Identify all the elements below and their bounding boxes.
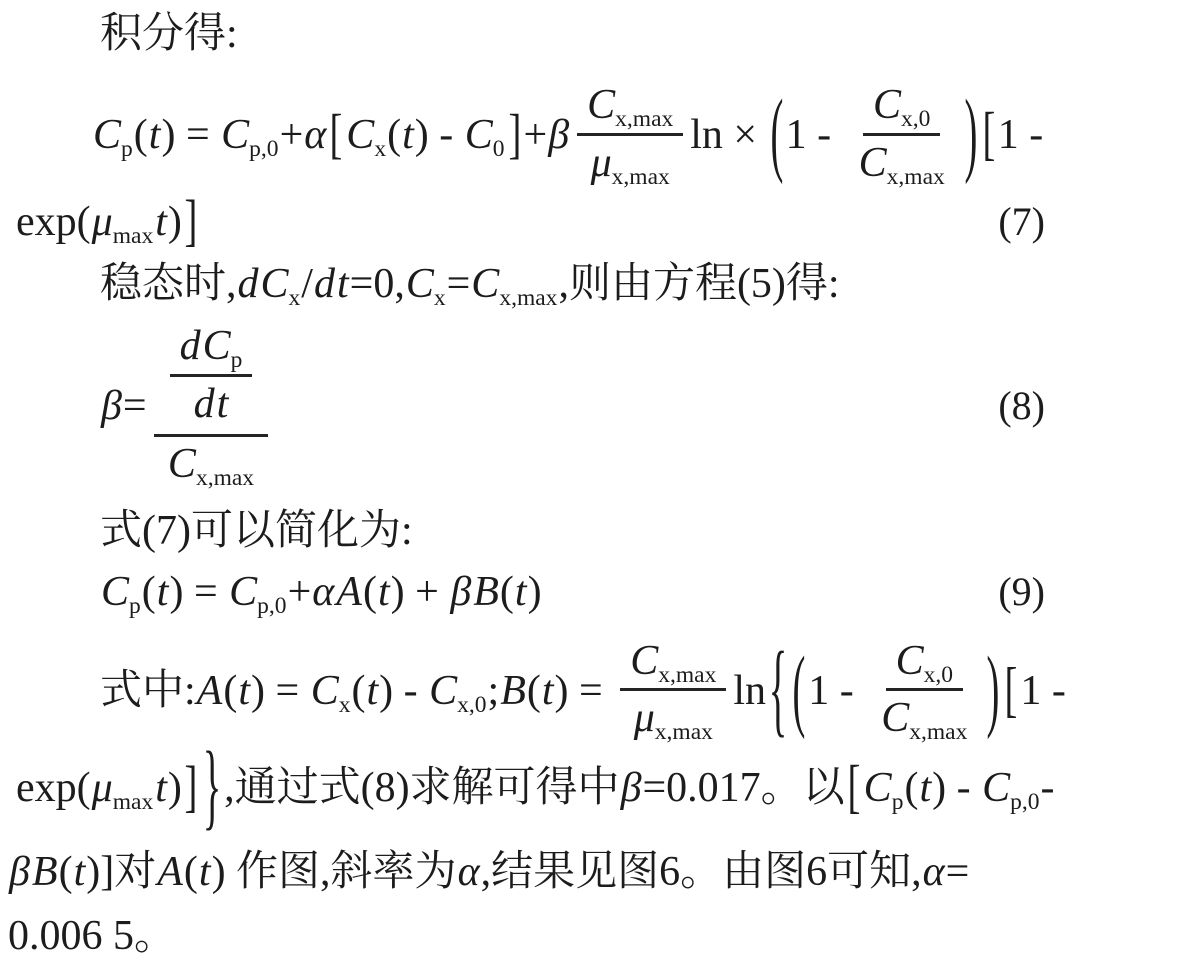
text-run: ) +	[391, 568, 450, 616]
para-integrate-lead: 积分得:	[0, 10, 1180, 58]
math-var: t	[155, 198, 167, 246]
math-var: Cp	[93, 111, 133, 159]
text-run: 积分得:	[100, 10, 238, 58]
text-run: 1 -	[808, 667, 864, 715]
text-run: (	[142, 568, 156, 616]
stretch-delimiter: (	[770, 111, 784, 159]
text-run: (	[527, 667, 541, 715]
text-run: ) =	[555, 667, 614, 715]
equation-number: (7)	[998, 199, 1045, 245]
text-run: =0,	[350, 260, 405, 308]
subscript: p	[231, 347, 243, 373]
stretch-delimiter: {	[768, 667, 788, 715]
subscript: p	[121, 136, 133, 162]
text-run: +	[288, 568, 312, 616]
text-run: 式中:	[100, 667, 196, 715]
subscript: p,0	[1010, 789, 1039, 815]
subscript: x,max	[658, 662, 716, 688]
subscript: x,0	[457, 692, 486, 718]
math-var: Cp,0	[982, 764, 1039, 812]
math-var: Cx,max	[587, 81, 673, 129]
text-run: )	[168, 198, 182, 246]
math-var: d	[194, 380, 215, 428]
para-exp-continued: exp(μmaxt)]},通过式(8)求解可得中β=0.017。以[Cp(t) …	[0, 764, 1180, 812]
text-run: ,结果见图6。由图6可知,	[481, 848, 922, 896]
stretch-delimiter: )	[964, 111, 978, 159]
text-run: )	[168, 764, 182, 812]
math-var: μx,max	[634, 694, 713, 742]
para-simplify: 式(7)可以简化为:	[0, 507, 1180, 555]
subscript: x,0	[901, 106, 930, 132]
text-run: (	[223, 667, 237, 715]
math-var: Cx	[406, 260, 446, 308]
math-var: A	[197, 667, 223, 715]
math-var: B	[473, 568, 499, 616]
para-where: 式中:A(t) = Cx(t) - Cx,0;B(t) = Cx,maxμx,m…	[0, 636, 1180, 746]
subscript: x	[289, 285, 301, 311]
math-var: A	[157, 848, 183, 896]
math-var: t	[515, 568, 527, 616]
math-var: β	[450, 568, 471, 616]
text-run: ) =	[161, 111, 220, 159]
stretch-delimiter: [	[982, 111, 996, 159]
text-run: /	[301, 260, 313, 308]
math-var: d	[180, 322, 201, 370]
subscript: x,0	[924, 662, 953, 688]
text-run: ln ×	[690, 111, 767, 159]
math-var: Cp,0	[229, 568, 286, 616]
stretch-delimiter: ]	[184, 764, 198, 812]
subscript: max	[113, 223, 154, 249]
math-var: μx,max	[591, 139, 670, 187]
fraction: dCpdtCx,max	[154, 320, 269, 491]
text-run: 稳态时,	[100, 260, 237, 308]
math-var: Cx,max	[881, 694, 967, 742]
fraction: dCpdt	[170, 321, 253, 431]
math-var: Cp	[864, 764, 904, 812]
math-var: C0	[465, 111, 505, 159]
stretch-delimiter: ]	[184, 198, 198, 246]
text-run: exp(	[16, 198, 91, 246]
fraction: Cx,0Cx,max	[871, 636, 977, 746]
text-run: (	[59, 848, 73, 896]
math-var: Cx	[346, 111, 386, 159]
text-run: 1 -	[1020, 667, 1076, 715]
text-run: ;	[488, 667, 500, 715]
math-var: t	[155, 764, 167, 812]
text-run: -	[1041, 764, 1055, 812]
subscript: x,max	[615, 106, 673, 132]
math-var: Cx,max	[168, 440, 254, 488]
fraction: Cx,maxμx,max	[577, 80, 683, 190]
text-run: ln	[733, 667, 766, 715]
eq7-line1: Cp(t) = Cp,0+α[Cx(t) - C0]+βCx,maxμx,max…	[0, 80, 1180, 190]
subscript: x,max	[499, 285, 557, 311]
text-run: (	[387, 111, 401, 159]
eq8: β=dCpdtCx,max(8)	[0, 320, 1180, 491]
math-var: Cx,max	[859, 139, 945, 187]
text-run: 1 -	[786, 111, 842, 159]
text-run: (	[500, 568, 514, 616]
text-run: ) =	[251, 667, 310, 715]
text-run: (	[184, 848, 198, 896]
stretch-delimiter: )	[986, 667, 1000, 715]
math-var: t	[157, 568, 169, 616]
subscript: x,max	[887, 164, 945, 190]
text-run: =	[123, 382, 147, 430]
stretch-delimiter: }	[202, 764, 222, 812]
text-run: ,则由方程(5)得:	[558, 260, 839, 308]
para-alpha-value: 0.006 5。	[0, 912, 1180, 960]
text-run: ,通过式(8)求解可得中	[224, 764, 619, 812]
eq9: Cp(t) = Cp,0+αA(t) + βB(t)(9)	[0, 568, 1180, 616]
subscript: 0	[493, 136, 505, 162]
math-var: t	[238, 667, 250, 715]
text-run: 0.006 5。	[8, 912, 176, 960]
math-var: t	[74, 848, 86, 896]
document-page: 积分得:Cp(t) = Cp,0+α[Cx(t) - C0]+βCx,maxμx…	[0, 0, 1180, 960]
subscript: p	[892, 789, 904, 815]
eq7-line2: exp(μmaxt)](7)	[0, 198, 1180, 246]
text-run: =	[946, 848, 970, 896]
math-var: α	[923, 848, 945, 896]
stretch-delimiter: (	[792, 667, 806, 715]
text-run: =0.017。以	[642, 764, 844, 812]
math-var: Cx,0	[429, 667, 486, 715]
text-run: (	[363, 568, 377, 616]
equation-number: (8)	[998, 383, 1045, 429]
subscript: x,max	[655, 719, 713, 745]
fraction: Cx,maxμx,max	[620, 636, 726, 746]
math-var: A	[336, 568, 362, 616]
subscript: p	[129, 593, 141, 619]
math-var: Cx,0	[873, 81, 930, 129]
math-var: Cp	[203, 322, 243, 370]
para-steady-state: 稳态时,dCx/dt=0,Cx=Cx,max,则由方程(5)得:	[0, 260, 1180, 308]
math-var: β	[621, 764, 642, 812]
math-var: μmax	[92, 198, 154, 246]
text-run: =	[447, 260, 471, 308]
subscript: x,max	[196, 465, 254, 491]
text-run: ) -	[415, 111, 464, 159]
subscript: x,max	[909, 719, 967, 745]
math-var: μmax	[92, 764, 154, 812]
math-var: Cx	[311, 667, 351, 715]
math-var: t	[919, 764, 931, 812]
math-var: t	[199, 848, 211, 896]
subscript: max	[113, 789, 154, 815]
math-var: t	[378, 568, 390, 616]
math-var: B	[32, 848, 58, 896]
math-var: Cx,max	[630, 637, 716, 685]
subscript: x	[374, 136, 386, 162]
text-run: (	[351, 667, 365, 715]
math-var: β	[101, 382, 122, 430]
math-var: Cx	[261, 260, 301, 308]
math-var: t	[337, 260, 349, 308]
math-var: Cp,0	[221, 111, 278, 159]
stretch-delimiter: [	[1004, 667, 1018, 715]
math-var: Cx,max	[471, 260, 557, 308]
math-var: β	[548, 111, 569, 159]
math-var: α	[458, 848, 480, 896]
subscript: x	[434, 285, 446, 311]
text-run: ) -	[379, 667, 428, 715]
subscript: x,max	[612, 164, 670, 190]
math-var: β	[9, 848, 30, 896]
text-run: 1 -	[998, 111, 1054, 159]
math-var: t	[217, 380, 229, 428]
math-var: Cp	[101, 568, 141, 616]
math-var: α	[312, 568, 334, 616]
subscript: x	[339, 692, 351, 718]
math-var: α	[304, 111, 326, 159]
math-var: t	[542, 667, 554, 715]
stretch-delimiter: [	[329, 111, 343, 159]
stretch-delimiter: [	[847, 764, 861, 812]
math-var: t	[149, 111, 161, 159]
text-run: ) 作图,斜率为	[212, 848, 457, 896]
text-run: (	[904, 764, 918, 812]
math-var: d	[238, 260, 259, 308]
text-run: ) =	[169, 568, 228, 616]
math-var: Cx,0	[896, 637, 953, 685]
text-run: )	[528, 568, 542, 616]
text-run: +	[280, 111, 304, 159]
subscript: p,0	[249, 136, 278, 162]
math-var: t	[366, 667, 378, 715]
stretch-delimiter: ]	[508, 111, 522, 159]
math-var: B	[500, 667, 526, 715]
subscript: p,0	[257, 593, 286, 619]
para-plot: βB(t)]对A(t) 作图,斜率为α,结果见图6。由图6可知,α=	[0, 848, 1180, 896]
text-run: (	[134, 111, 148, 159]
equation-number: (9)	[998, 569, 1045, 615]
text-run: ) -	[932, 764, 981, 812]
math-var: d	[314, 260, 335, 308]
text-run: exp(	[16, 764, 91, 812]
fraction: Cx,0Cx,max	[849, 80, 955, 190]
math-var: t	[402, 111, 414, 159]
text-run: )]对	[86, 848, 156, 896]
text-run: 式(7)可以简化为:	[100, 507, 413, 555]
text-run: +	[524, 111, 548, 159]
